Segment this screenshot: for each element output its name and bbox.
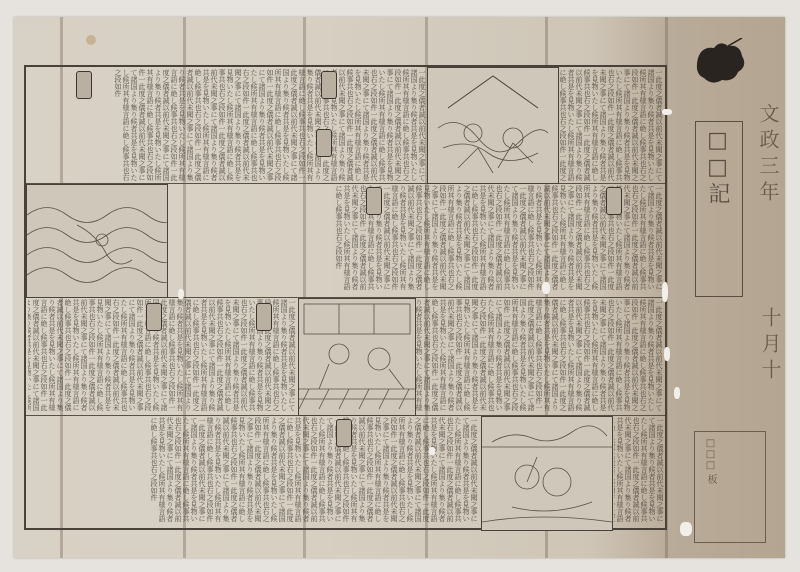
cartouche bbox=[146, 303, 162, 331]
text-panel-r2: 一此度之儀者誠以前代未聞之事にて諸国より集り候者共是を見物いたし候所其有様言語に… bbox=[168, 185, 663, 295]
handwritten-date-note: 文政三年 bbox=[754, 103, 783, 207]
illustration-interior-scene bbox=[298, 298, 416, 416]
publisher-text: □□□ 板 bbox=[703, 438, 717, 484]
cartouche bbox=[606, 187, 622, 215]
paper-loss bbox=[542, 282, 550, 294]
document-title: □□記 bbox=[702, 128, 733, 206]
title-panel: □□記 bbox=[695, 121, 743, 297]
text-panel-r4a: 一此度之儀者誠以前代未聞之事にて諸国より集り候者共是を見物いたし候所其有様言語に… bbox=[28, 417, 478, 527]
stain bbox=[86, 35, 96, 45]
paper-loss bbox=[178, 289, 184, 299]
printed-frame: 一此度之儀者誠以前代未聞之事にて諸国より集り候者共是を見物いたし候所其有様言語に… bbox=[24, 65, 667, 530]
cartouche bbox=[316, 129, 332, 157]
cartouche bbox=[366, 187, 382, 215]
paper-loss bbox=[662, 282, 668, 302]
cartouche bbox=[76, 71, 92, 99]
cartouche bbox=[336, 419, 352, 447]
text-panel-r3b: 一此度之儀者誠以前代未聞之事にて諸国より集り候者共是を見物いたし候所其有様言語に… bbox=[416, 299, 663, 413]
paper-sheet: 一此度之儀者誠以前代未聞之事にて諸国より集り候者共是を見物いたし候所其有様言語に… bbox=[14, 17, 785, 558]
handwritten-month-note: 十月十 bbox=[756, 307, 785, 385]
publisher-box: □□□ 板 bbox=[694, 431, 766, 543]
illustration-fuji-battle bbox=[427, 67, 559, 184]
cartouche bbox=[321, 71, 337, 99]
paper-loss bbox=[662, 109, 672, 115]
text-panel-r4b: 一此度之儀者誠以前代未聞之事にて諸国より集り候者共是を見物いたし候所其有様言語に… bbox=[614, 417, 664, 527]
cartouche bbox=[256, 303, 272, 331]
paper-loss bbox=[680, 522, 692, 536]
paper-loss bbox=[674, 387, 680, 399]
ink-blot bbox=[690, 38, 750, 83]
text-panel-r1b: 一此度之儀者誠以前代未聞之事にて諸国より集り候者共是を見物いたし候所其有様言語に… bbox=[558, 69, 663, 181]
paper-loss bbox=[429, 447, 435, 455]
paper-loss bbox=[664, 347, 670, 361]
illustration-dragon-waves bbox=[26, 184, 168, 298]
illustration-warriors-landscape bbox=[481, 416, 613, 531]
